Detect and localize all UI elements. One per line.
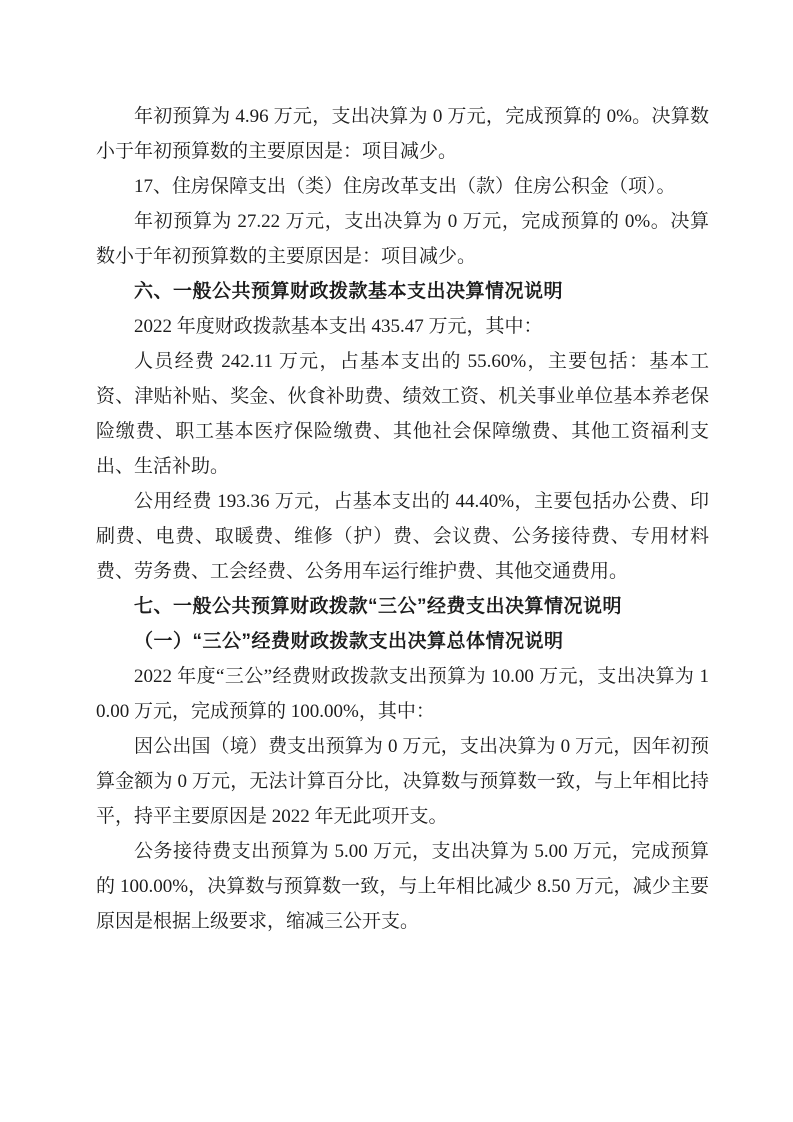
paragraph-budget-4-96: 年初预算为 4.96 万元，支出决算为 0 万元，完成预算的 0%。决算数小于年… (96, 99, 709, 169)
document-page: 年初预算为 4.96 万元，支出决算为 0 万元，完成预算的 0%。决算数小于年… (0, 0, 793, 1122)
paragraph-budget-27-22: 年初预算为 27.22 万元，支出决算为 0 万元，完成预算的 0%。决算数小于… (96, 204, 709, 274)
section-heading-seven: 七、一般公共预算财政拨款“三公”经费支出决算情况说明 (96, 589, 709, 624)
paragraph-official-reception: 公务接待费支出预算为 5.00 万元，支出决算为 5.00 万元，完成预算的 1… (96, 834, 709, 939)
paragraph-three-public-total: 2022 年度“三公”经费财政拨款支出预算为 10.00 万元，支出决算为 10… (96, 659, 709, 729)
paragraph-basic-expenditure: 2022 年度财政拨款基本支出 435.47 万元，其中： (96, 309, 709, 344)
document-body: 年初预算为 4.96 万元，支出决算为 0 万元，完成预算的 0%。决算数小于年… (96, 99, 709, 939)
paragraph-public-funds: 公用经费 193.36 万元，占基本支出的 44.40%，主要包括办公费、印刷费… (96, 484, 709, 589)
paragraph-item-17-housing: 17、住房保障支出（类）住房改革支出（款）住房公积金（项）。 (96, 169, 709, 204)
subsection-heading-one: （一）“三公”经费财政拨款支出决算总体情况说明 (96, 624, 709, 659)
section-heading-six: 六、一般公共预算财政拨款基本支出决算情况说明 (96, 274, 709, 309)
paragraph-overseas-trips: 因公出国（境）费支出预算为 0 万元，支出决算为 0 万元，因年初预算金额为 0… (96, 729, 709, 834)
paragraph-personnel-funds: 人员经费 242.11 万元，占基本支出的 55.60%，主要包括：基本工资、津… (96, 344, 709, 484)
